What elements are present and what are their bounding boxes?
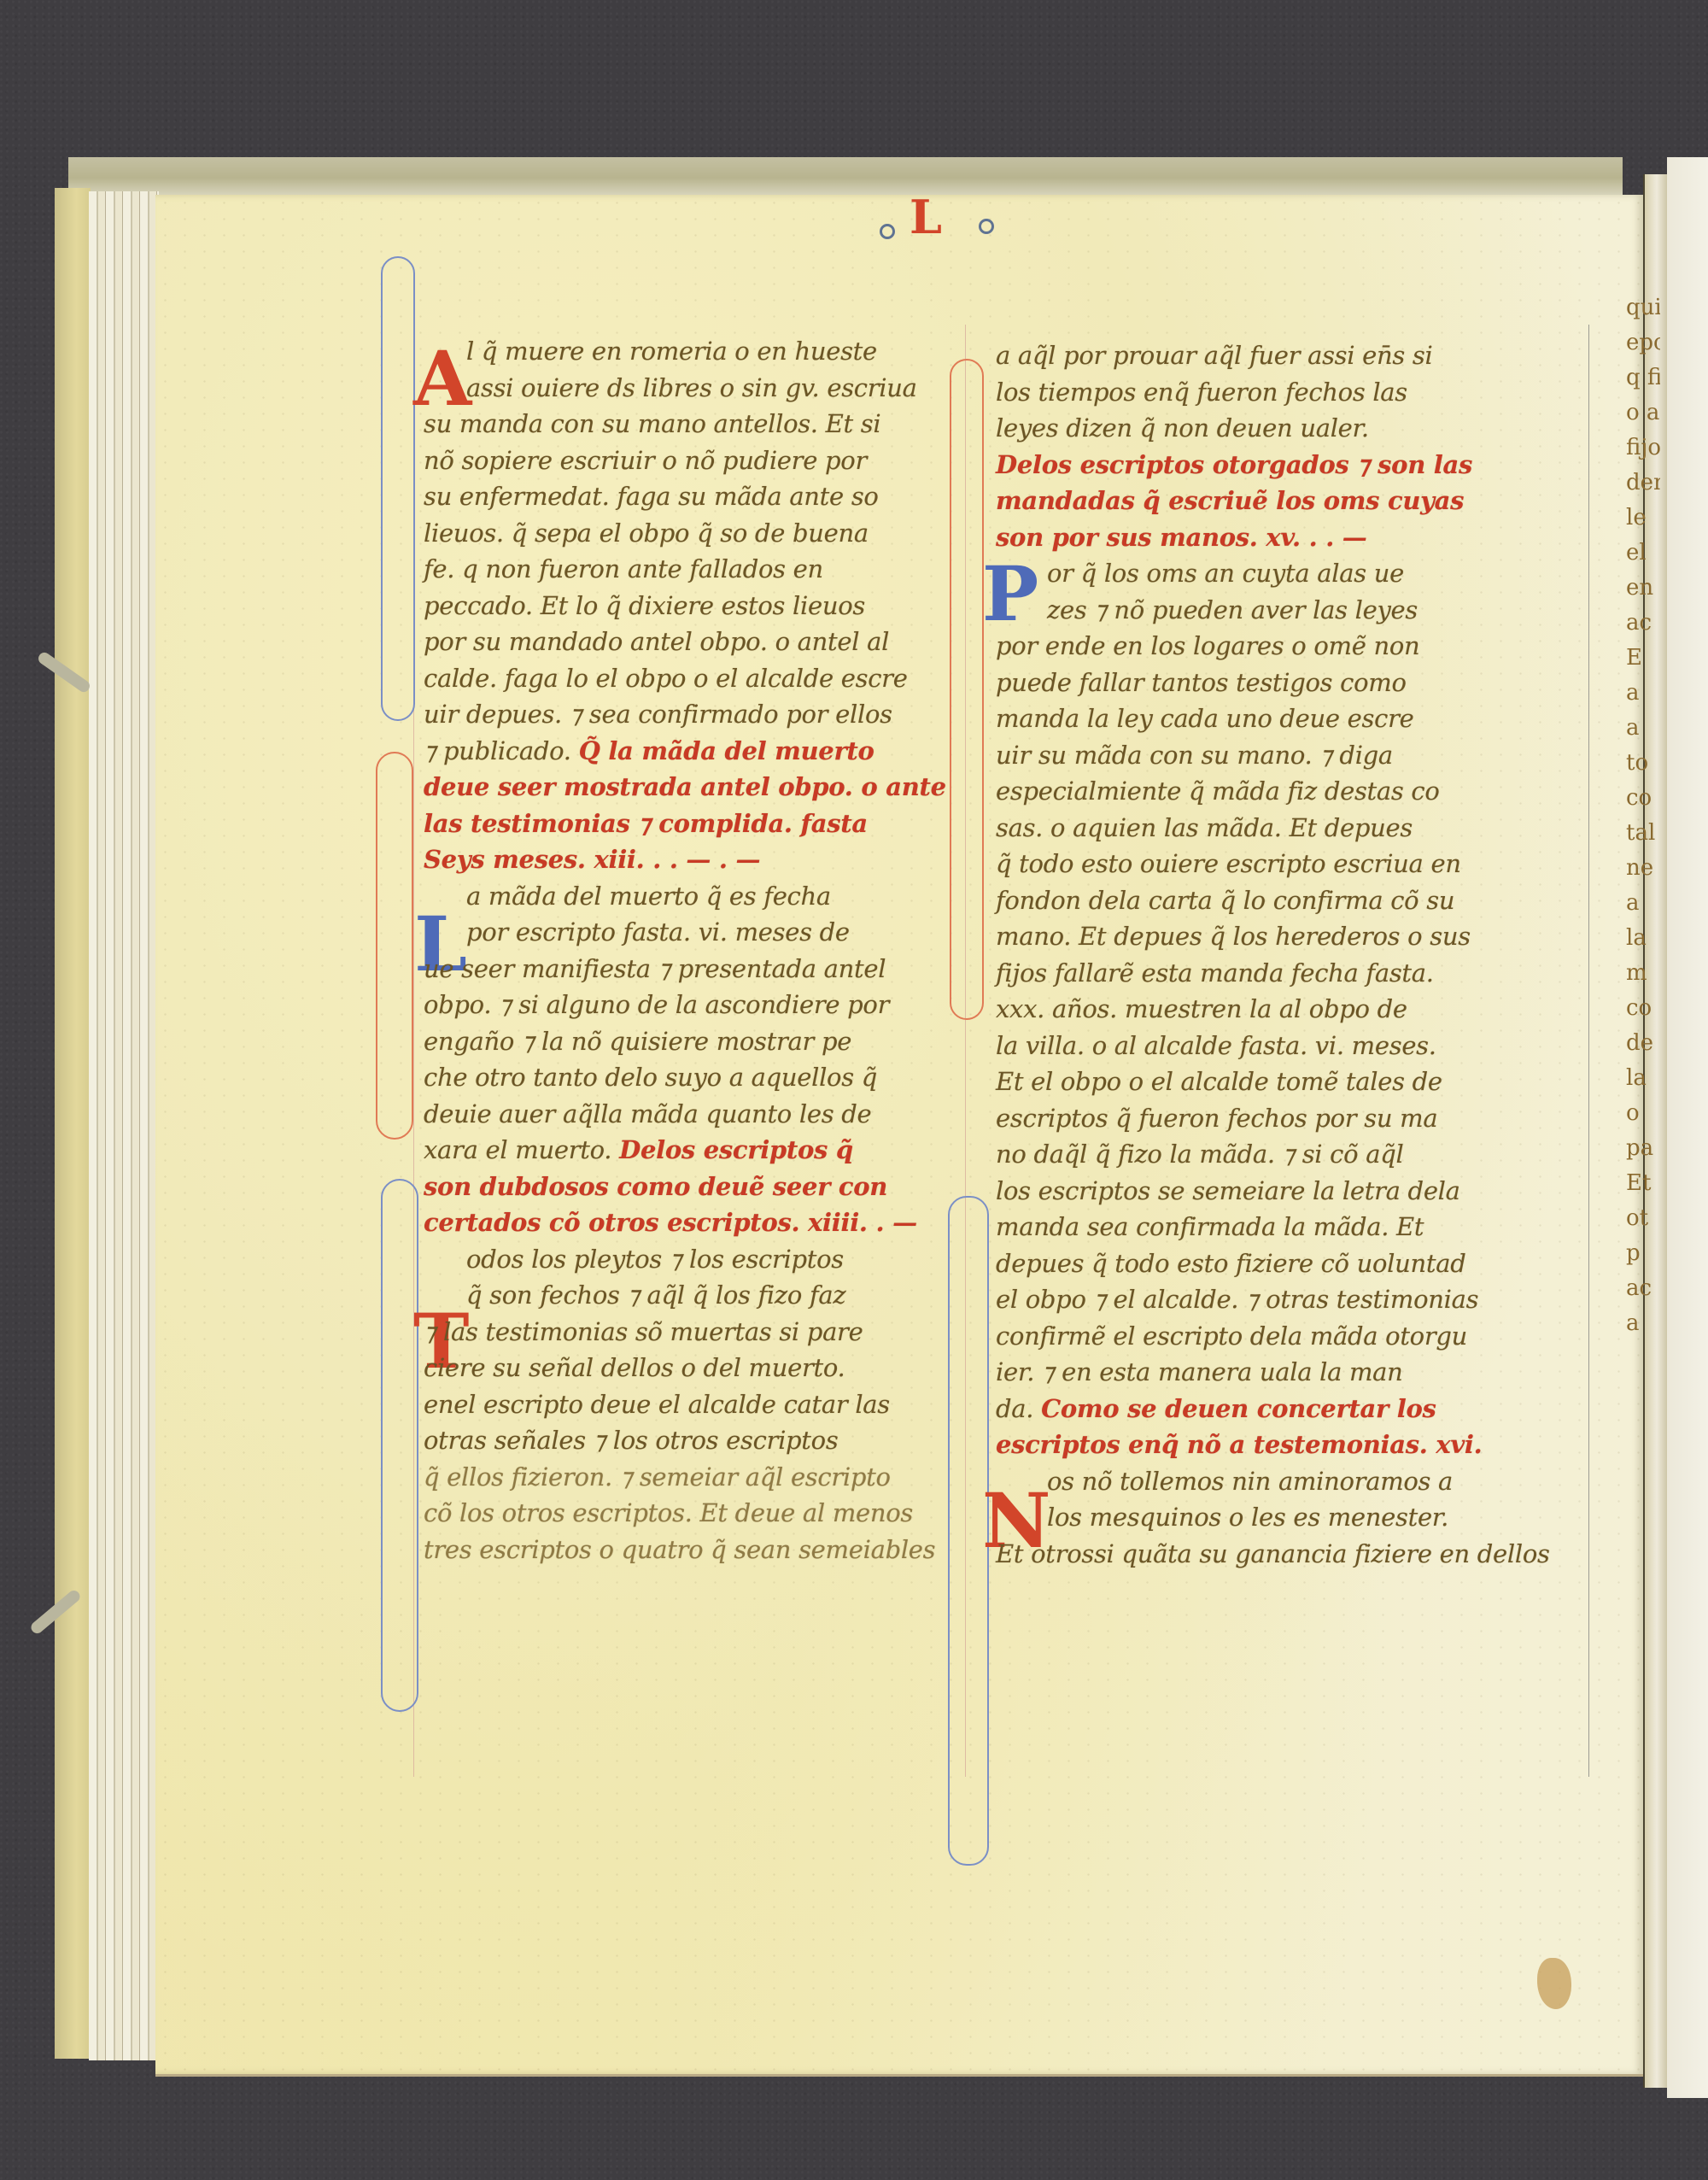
facing-page-fragment: co <box>1626 781 1660 816</box>
manuscript-line: los escriptos se semeiare la letra dela <box>996 1173 1508 1210</box>
manuscript-line: engaño ⁊ la nõ quisiere mostrar pe <box>424 1023 953 1060</box>
facing-page-fragment: de <box>1626 1026 1660 1061</box>
manuscript-line: manda la ley cada uno deue escre <box>996 700 1508 737</box>
facing-page-fragment: la <box>1626 1061 1660 1096</box>
manuscript-line: or q̃ los oms an cuyta alas ue <box>996 555 1508 592</box>
manuscript-line: la villa. o al alcalde fasta. vi. meses. <box>996 1028 1508 1064</box>
manuscript-line: q̃ todo esto ouiere escripto escriua en <box>996 846 1508 882</box>
manuscript-line: cõ los otros escriptos. Et deue al menos <box>424 1495 953 1532</box>
pen-flourish-red <box>376 752 413 1140</box>
folio-mark-dot-left <box>880 224 895 239</box>
manuscript-line: deue seer mostrada antel obpo. o ante <box>424 769 953 806</box>
manuscript-line: especialmiente q̃ mãda fiz destas co <box>996 773 1508 810</box>
manuscript-line: son por sus manos. xv. . . — <box>996 519 1508 556</box>
facing-page-fragment: a <box>1626 711 1660 746</box>
page-stack-edges <box>89 191 159 2060</box>
manuscript-line: da. Como se deuen concertar los <box>996 1391 1508 1427</box>
manuscript-line: depues q̃ todo esto fiziere cõ uoluntad <box>996 1245 1508 1282</box>
facing-page-fragment: ac <box>1626 606 1660 641</box>
folio-mark: L <box>910 190 942 244</box>
manuscript-line: zes ⁊ nõ pueden aver las leyes <box>996 592 1508 629</box>
manuscript-line: uir depues. ⁊ sea confirmado por ellos <box>424 696 953 733</box>
manuscript-line: ⁊ publicado. Q̃ la mãda del muerto <box>424 733 953 770</box>
manuscript-line: el obpo ⁊ el alcalde. ⁊ otras testimonia… <box>996 1281 1508 1318</box>
manuscript-line: Delos escriptos otorgados ⁊ son las <box>996 447 1508 483</box>
folio-mark-dot-right <box>979 219 994 234</box>
facing-page-fragment: Et <box>1626 1166 1660 1201</box>
facing-page-fragment: en <box>1626 571 1660 606</box>
facing-page-fragment: qui <box>1626 290 1660 325</box>
manuscript-line: xxx. años. muestren la al obpo de <box>996 991 1508 1028</box>
manuscript-line: confirmẽ el escripto dela mãda otorgu <box>996 1318 1508 1355</box>
facing-page-fragment: to <box>1626 746 1660 781</box>
book-cover-left-edge <box>55 188 91 2059</box>
manuscript-line: por escripto fasta. vi. meses de <box>424 914 953 951</box>
manuscript-line: a aq̃l por prouar aq̃l fuer assi en̄s si <box>996 337 1508 374</box>
manuscript-line: los tiempos enq̃ fueron fechos las <box>996 374 1508 411</box>
facing-page-fragment: la <box>1626 921 1660 956</box>
manuscript-line: mano. Et depues q̃ los herederos o sus <box>996 918 1508 955</box>
manuscript-line: escriptos q̃ fueron fechos por su ma <box>996 1100 1508 1137</box>
facing-page-fragment: epo <box>1626 325 1660 360</box>
manuscript-line: xara el muerto. Delos escriptos q̃ <box>424 1132 953 1169</box>
manuscript-line: certados cõ otros escriptos. xiiii. . — <box>424 1204 953 1241</box>
manuscript-line: deuie auer aq̃lla mãda quanto les de <box>424 1096 953 1133</box>
facing-page-fragment: E <box>1626 641 1660 676</box>
book-cover-top-edge <box>68 157 1623 196</box>
manuscript-line: che otro tanto delo suyo a aquellos q̃ <box>424 1059 953 1096</box>
manuscript-line: su manda con su mano antellos. Et si <box>424 406 953 442</box>
manuscript-line: no daq̃l q̃ fizo la mãda. ⁊ si cõ aq̃l <box>996 1136 1508 1173</box>
manuscript-line: tres escriptos o quatro q̃ sean semeiabl… <box>424 1532 953 1568</box>
manuscript-line: ue seer manifiesta ⁊ presentada antel <box>424 951 953 987</box>
manuscript-line: leyes dizen q̃ non deuen ualer. <box>996 410 1508 447</box>
facing-page-fragment: a <box>1626 676 1660 711</box>
pen-flourish-blue <box>381 256 415 721</box>
manuscript-line: escriptos enq̃ nõ a testemonias. xvi. <box>996 1427 1508 1463</box>
manuscript-line: peccado. Et lo q̃ dixiere estos lieuos <box>424 588 953 624</box>
manuscript-line: su enfermedat. faga su mãda ante so <box>424 478 953 515</box>
manuscript-line: ier. ⁊ en esta manera uala la man <box>996 1354 1508 1391</box>
manuscript-line: Seys meses. xiii. . . — . — <box>424 841 953 878</box>
facing-page-fragment: a <box>1626 1306 1660 1341</box>
facing-page-fragment: fijos <box>1626 431 1660 466</box>
manuscript-line: fe. q non fueron ante fallados en <box>424 551 953 588</box>
manuscript-line: Et el obpo o el alcalde tomẽ tales de <box>996 1064 1508 1100</box>
facing-page-fragment: p <box>1626 1236 1660 1271</box>
ruling-line <box>1588 325 1589 1777</box>
manuscript-line: nõ sopiere escriuir o nõ pudiere por <box>424 442 953 479</box>
manuscript-line: por su mandado antel obpo. o antel al <box>424 624 953 660</box>
manuscript-line: ⁊ las testimonias sõ muertas si pare <box>424 1314 953 1351</box>
manuscript-line: enel escripto deue el alcalde catar las <box>424 1386 953 1423</box>
manuscript-line: puede fallar tantos testigos como <box>996 665 1508 701</box>
manuscript-line: assi ouiere ds libres o sin gv. escriua <box>424 370 953 407</box>
facing-page-fragment: le <box>1626 501 1660 536</box>
manuscript-line: lieuos. q̃ sepa el obpo q̃ so de buena <box>424 515 953 552</box>
manuscript-line: os nõ tollemos nin aminoramos a <box>996 1463 1508 1500</box>
text-column-left: l q̃ muere en romeria o en huesteassi ou… <box>424 333 953 1568</box>
manuscript-line: manda sea confirmada la mãda. Et <box>996 1209 1508 1245</box>
facing-page-fragment: a <box>1626 886 1660 921</box>
facing-page-fragment: ac <box>1626 1271 1660 1306</box>
manuscript-line: Et otrossi quãta su ganancia fiziere en … <box>996 1536 1508 1573</box>
facing-page-fragment: co <box>1626 991 1660 1026</box>
manuscript-line: fijos fallarẽ esta manda fecha fasta. <box>996 955 1508 992</box>
facing-page-fragment: o an <box>1626 396 1660 431</box>
facing-page-fragment: m <box>1626 956 1660 991</box>
manuscript-line: calde. faga lo el obpo o el alcalde escr… <box>424 660 953 697</box>
manuscript-line: odos los pleytos ⁊ los escriptos <box>424 1241 953 1278</box>
facing-page-fragment: tal <box>1626 816 1660 851</box>
manuscript-line: sas. o aquien las mãda. Et depues <box>996 810 1508 847</box>
manuscript-line: son dubdosos como deuẽ seer con <box>424 1169 953 1205</box>
manuscript-line: uir su mãda con su mano. ⁊ diga <box>996 737 1508 774</box>
text-column-right: a aq̃l por prouar aq̃l fuer assi en̄s si… <box>996 337 1508 1572</box>
facing-page <box>1667 157 1708 2098</box>
manuscript-line: los mesquinos o les es menester. <box>996 1499 1508 1536</box>
manuscript-line: ciere su señal dellos o del muerto. <box>424 1350 953 1386</box>
facing-page-text: quiepoq fizo anfijosdenleelenacEaatocota… <box>1626 290 1660 1341</box>
manuscript-line: fondon dela carta q̃ lo confirma cõ su <box>996 882 1508 919</box>
manuscript-line: otras señales ⁊ los otros escriptos <box>424 1422 953 1459</box>
manuscript-line: a mãda del muerto q̃ es fecha <box>424 878 953 915</box>
manuscript-line: q̃ ellos fizieron. ⁊ semeiar aq̃l escrip… <box>424 1459 953 1496</box>
facing-page-fragment: el <box>1626 536 1660 571</box>
manuscript-line: por ende en los logares o omẽ non <box>996 628 1508 665</box>
pen-flourish-blue <box>381 1179 418 1712</box>
facing-page-fragment: o <box>1626 1096 1660 1131</box>
water-stain <box>1537 1958 1571 2009</box>
manuscript-line: las testimonias ⁊ complida. fasta <box>424 806 953 842</box>
facing-page-fragment: q fiz <box>1626 360 1660 396</box>
facing-page-fragment: pa <box>1626 1131 1660 1166</box>
pen-flourish-red <box>950 359 984 1020</box>
facing-page-fragment: ot <box>1626 1201 1660 1236</box>
manuscript-line: q̃ son fechos ⁊ aq̃l q̃ los fizo faz <box>424 1277 953 1314</box>
facing-page-fragment: den <box>1626 466 1660 501</box>
manuscript-line: l q̃ muere en romeria o en hueste <box>424 333 953 370</box>
facing-page-fragment: ne <box>1626 851 1660 886</box>
manuscript-line: mandadas q̃ escriuẽ los oms cuyas <box>996 483 1508 519</box>
manuscript-line: obpo. ⁊ si alguno de la ascondiere por <box>424 987 953 1023</box>
